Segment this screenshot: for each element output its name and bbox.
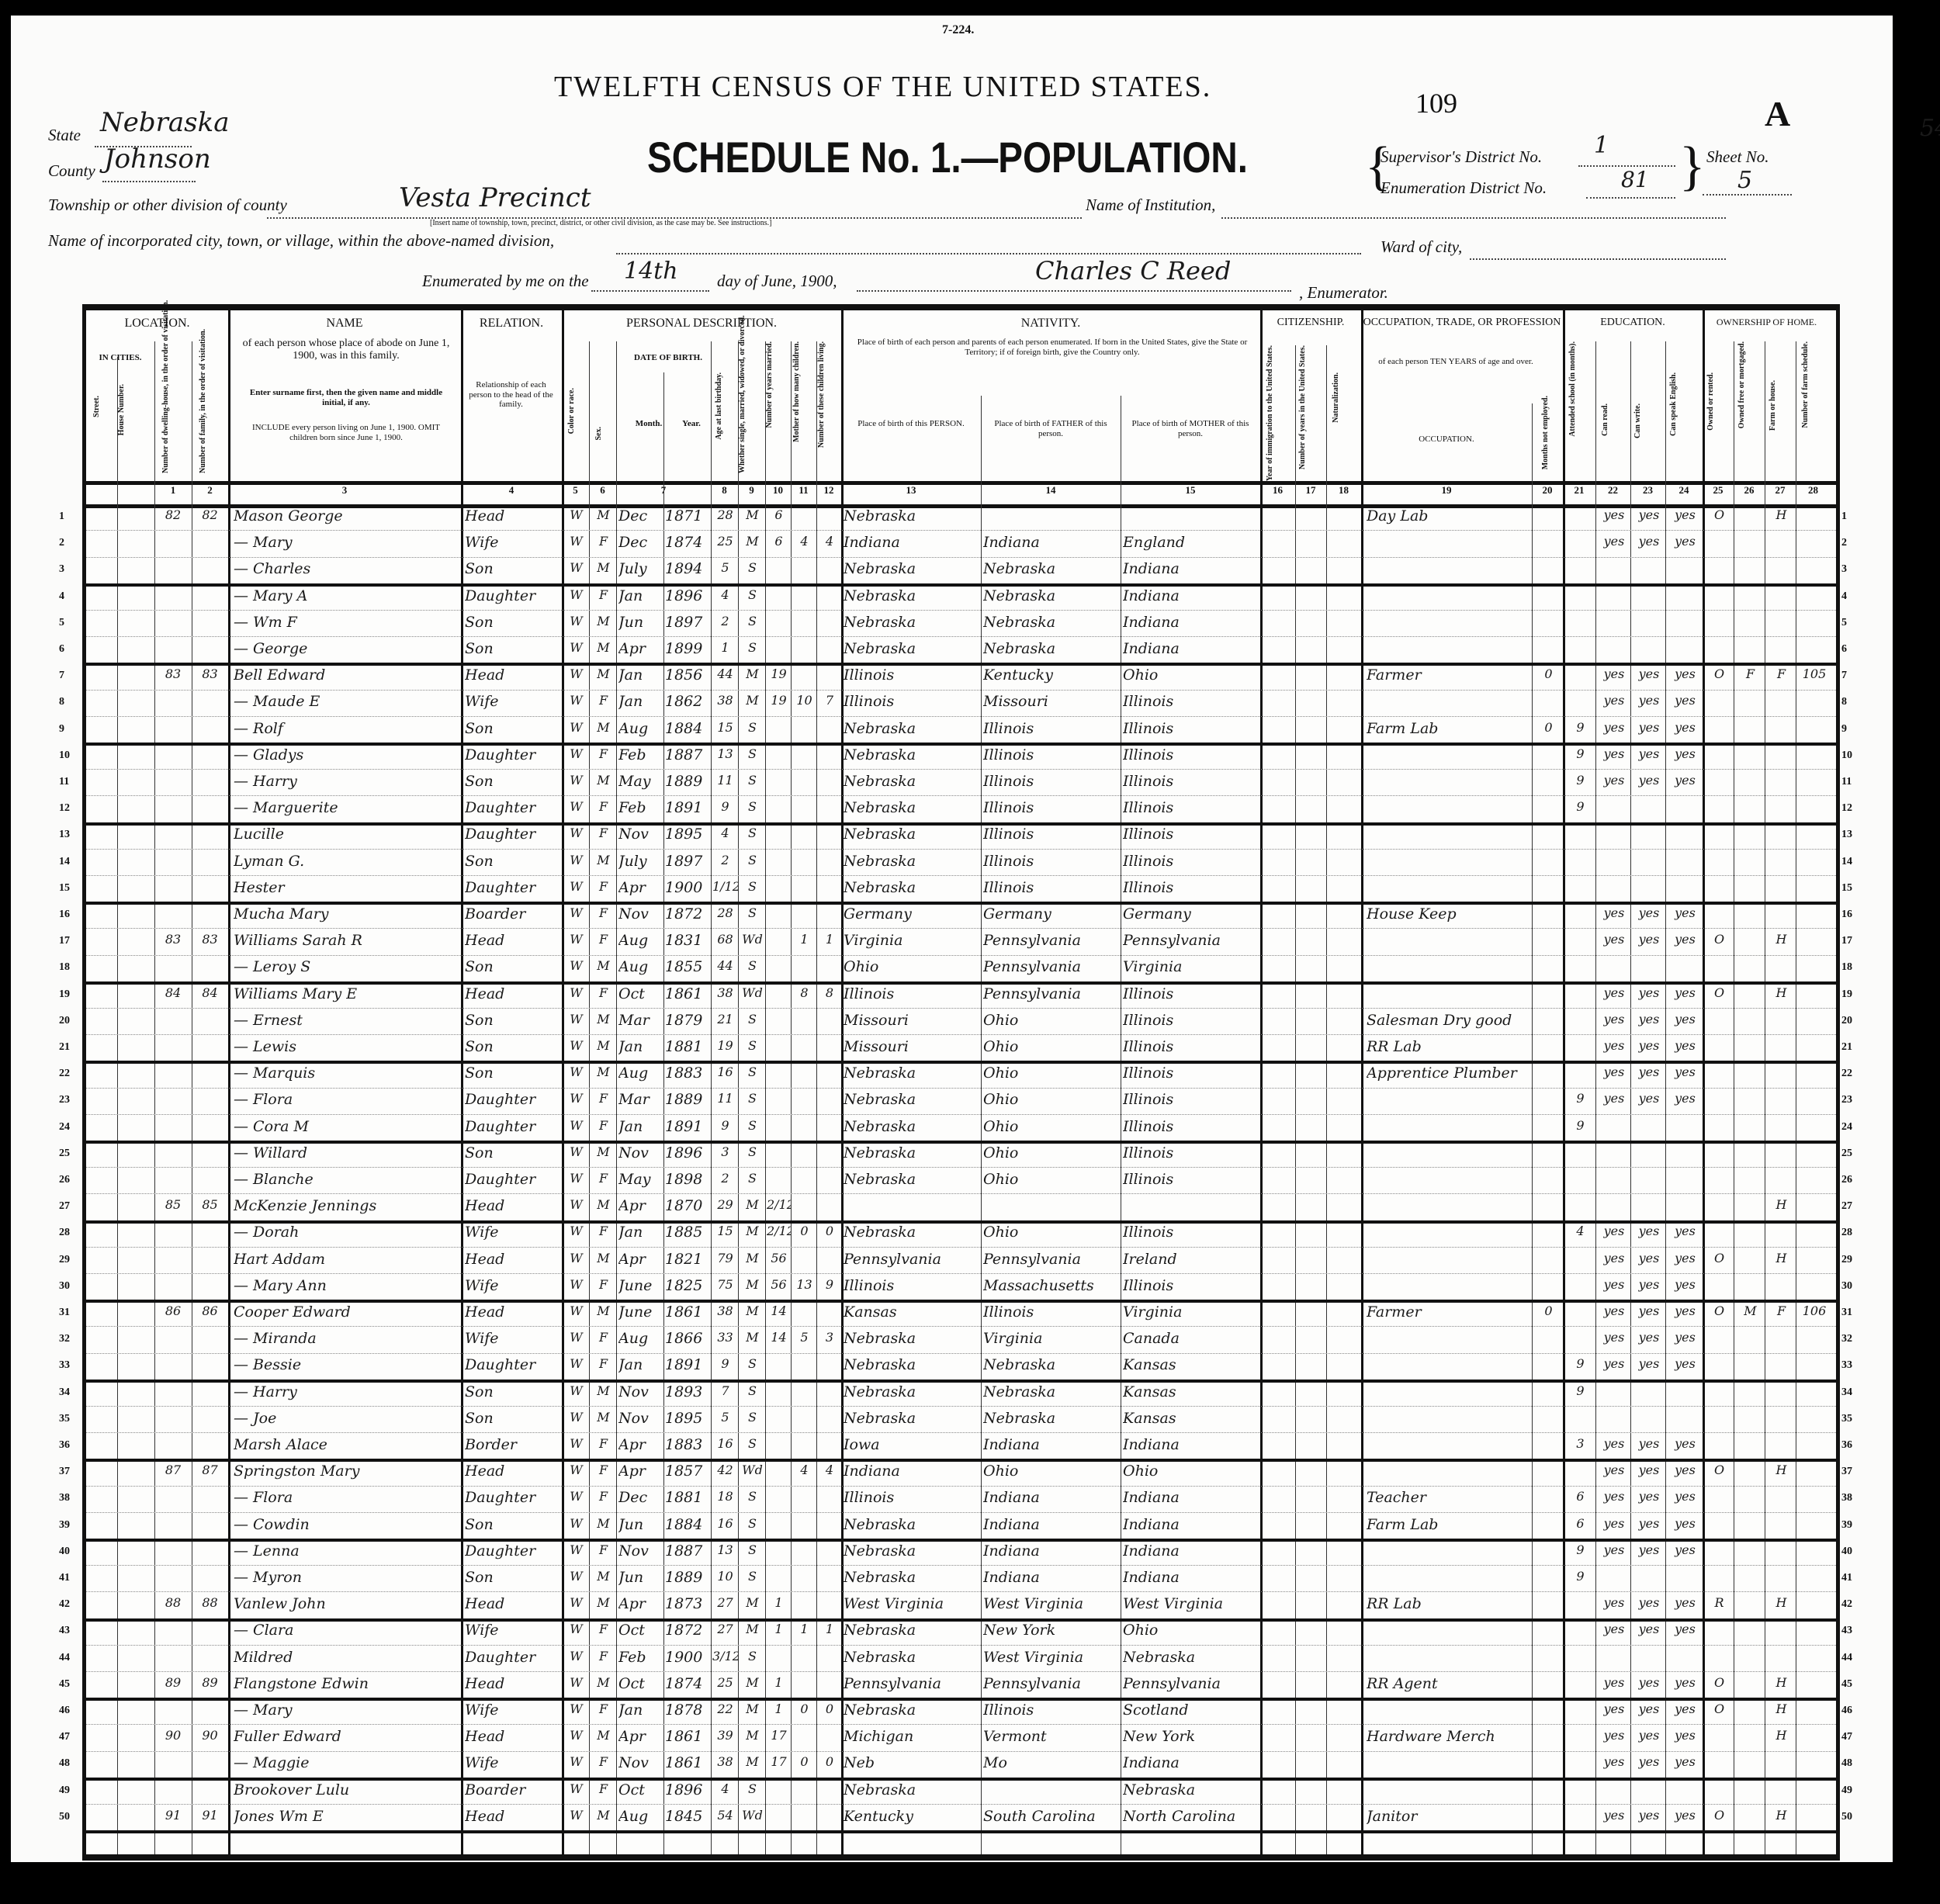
cell-sex: F: [591, 799, 616, 814]
table-row: 99— RolfSonWMAug188415SNebraskaIllinoisI…: [86, 717, 1836, 746]
table-row: 2222— MarquisSonWMAug188316SNebraskaOhio…: [86, 1061, 1836, 1088]
line-number: 10: [59, 749, 70, 762]
cell-age: 9: [712, 1356, 738, 1371]
cell-write: yes: [1633, 1012, 1665, 1026]
table-row: 4949Brookover LuluBoarderWFOct18964SNebr…: [86, 1778, 1836, 1805]
cell-bp: Illinois: [844, 693, 981, 710]
cell-bp: Nebraska: [844, 826, 981, 843]
vheader-family: Number of family, in the order of visita…: [199, 341, 207, 473]
cell-age: 39: [712, 1728, 738, 1743]
cell-sex: F: [591, 985, 616, 1000]
township-label: Township or other division of county: [48, 196, 287, 215]
cell-bm: New York: [1123, 1728, 1260, 1745]
cell-own: O: [1705, 666, 1734, 681]
cell-mar: M: [740, 534, 765, 549]
cell-ym: 56: [767, 1277, 791, 1292]
cell-eng: yes: [1668, 985, 1703, 1000]
cell-sex: M: [591, 614, 616, 628]
cell-fs: 105: [1798, 666, 1831, 681]
line-number-right: 6: [1841, 643, 1847, 656]
cell-eng: yes: [1668, 1675, 1703, 1690]
cell-ym: 14: [767, 1330, 791, 1345]
cell-mar: S: [740, 1436, 765, 1451]
enumerated-day: 14th: [624, 258, 678, 285]
line-number: 11: [59, 776, 69, 788]
cell-sex: M: [591, 507, 616, 522]
cell-bf: Illinois: [983, 1303, 1121, 1321]
cell-color: W: [563, 534, 589, 549]
cell-color: W: [563, 1012, 589, 1026]
header-ownership: OWNERSHIP OF HOME.: [1703, 317, 1831, 328]
cell-eng: yes: [1668, 905, 1703, 920]
cell-month: June: [618, 1277, 663, 1294]
cell-moc: 0: [792, 1701, 816, 1716]
cell-moc: 0: [792, 1754, 816, 1769]
cell-bf: Indiana: [983, 1516, 1121, 1533]
cell-rel: Son: [465, 1065, 562, 1082]
cell-year: 1883: [665, 1436, 711, 1453]
cell-rel: Head: [465, 507, 562, 524]
cell-occ: Day Lab: [1367, 507, 1532, 524]
cell-mar: M: [740, 1701, 765, 1716]
line-number-right: 7: [1841, 670, 1847, 682]
cell-name: — Cowdin: [234, 1516, 461, 1533]
header-dob: DATE OF BIRTH.: [625, 353, 711, 363]
cell-read: yes: [1598, 1595, 1630, 1610]
table-row: 1010— GladysDaughterWFFeb188713SNebraska…: [86, 743, 1836, 770]
line-number-right: 23: [1841, 1094, 1852, 1106]
line-number-right: 1: [1841, 511, 1847, 523]
cell-read: yes: [1598, 1356, 1630, 1371]
cell-mar: S: [740, 1569, 765, 1584]
cell-sex: F: [591, 1781, 616, 1796]
cell-name: Cooper Edward: [234, 1303, 461, 1321]
cell-read: yes: [1598, 1012, 1630, 1026]
cell-bf: Nebraska: [983, 640, 1121, 657]
cell-eng: yes: [1668, 1012, 1703, 1026]
line-number-right: 18: [1841, 961, 1852, 974]
cell-own: O: [1705, 507, 1734, 522]
cell-mar: M: [740, 1754, 765, 1769]
cell-write: yes: [1633, 905, 1665, 920]
cell-bf: Nebraska: [983, 1356, 1121, 1373]
cell-write: yes: [1633, 1330, 1665, 1345]
cell-fh: H: [1767, 1728, 1796, 1743]
cell-bm: Nebraska: [1123, 1781, 1260, 1798]
cell-write: yes: [1633, 1595, 1665, 1610]
cell-sex: M: [591, 1728, 616, 1743]
cell-age: 15: [712, 1224, 738, 1238]
line-number: 32: [59, 1333, 70, 1345]
cell-mar: M: [740, 507, 765, 522]
township-instruction: [Insert name of township, town, precinct…: [430, 219, 771, 227]
cell-age: 9: [712, 799, 738, 814]
cell-dw: 82: [154, 507, 192, 522]
cell-bm: Indiana: [1123, 560, 1260, 577]
cell-bp: Kansas: [844, 1303, 981, 1321]
line-number-right: 21: [1841, 1041, 1852, 1054]
cell-sch: 9: [1565, 1383, 1595, 1398]
table-row: 118282Mason GeorgeHeadWMDec187128M6Nebra…: [86, 504, 1836, 531]
line-number-right: 45: [1841, 1678, 1852, 1691]
cell-rel: Head: [465, 1595, 562, 1612]
line-number-right: 4: [1841, 590, 1847, 603]
cell-name: — Marguerite: [234, 799, 461, 816]
cell-read: yes: [1598, 1754, 1630, 1769]
cell-mu: 0: [1534, 666, 1563, 681]
line-number: 29: [59, 1254, 70, 1266]
line-number-right: 41: [1841, 1572, 1852, 1584]
cell-color: W: [563, 1622, 589, 1636]
table-row: 3333— BessieDaughterWFJan18919SNebraskaN…: [86, 1353, 1836, 1382]
cell-year: 1899: [665, 640, 711, 657]
line-number-right: 17: [1841, 935, 1852, 947]
cell-mar: S: [740, 1516, 765, 1531]
cell-name: Hart Addam: [234, 1251, 461, 1268]
cell-occ: RR Lab: [1367, 1038, 1532, 1055]
vheader-age: Age at last birthday.: [715, 372, 723, 440]
cell-eng: yes: [1668, 1356, 1703, 1371]
line-number: 9: [59, 723, 64, 736]
cell-ym: 2/12: [767, 1197, 791, 1212]
cell-eng: yes: [1668, 666, 1703, 681]
cell-mar: S: [740, 1781, 765, 1796]
cell-rel: Son: [465, 1569, 562, 1586]
cell-bp: Pennsylvania: [844, 1675, 981, 1692]
cell-name: Lyman G.: [234, 853, 461, 870]
cell-age: 44: [712, 666, 738, 681]
cell-color: W: [563, 879, 589, 894]
cell-cl: 1: [818, 1622, 841, 1636]
table-row: 4444MildredDaughterWFFeb19003/12SNebrask…: [86, 1646, 1836, 1672]
line-number: 26: [59, 1174, 70, 1186]
header-birth-father: Place of birth of FATHER of this person.: [981, 419, 1121, 438]
cell-month: Aug: [618, 958, 663, 975]
cell-bm: Kansas: [1123, 1356, 1260, 1373]
line-number-right: 26: [1841, 1174, 1852, 1186]
line-number-right: 16: [1841, 909, 1852, 921]
cell-rel: Wife: [465, 1224, 562, 1241]
cell-moc: 1: [792, 1622, 816, 1636]
cell-year: 1896: [665, 587, 711, 604]
cell-color: W: [563, 1754, 589, 1769]
cell-sex: F: [591, 1542, 616, 1557]
cell-color: W: [563, 826, 589, 840]
vheader-street: Street.: [92, 396, 101, 417]
line-number: 1: [59, 511, 64, 523]
vheader-school: Attended school (in months).: [1568, 341, 1577, 437]
cell-ym: 2/12: [767, 1224, 791, 1238]
vheader-farm-house: Farm or house.: [1769, 380, 1777, 431]
cell-name: — Bessie: [234, 1356, 461, 1373]
cell-mar: M: [740, 1224, 765, 1238]
cell-bp: Nebraska: [844, 853, 981, 870]
cell-color: W: [563, 640, 589, 655]
cell-read: yes: [1598, 720, 1630, 735]
header-citizenship: CITIZENSHIP.: [1260, 317, 1361, 329]
cell-mar: S: [740, 826, 765, 840]
cell-dw: 85: [154, 1197, 192, 1212]
cell-bp: Nebraska: [844, 799, 981, 816]
cell-bm: Illinois: [1123, 879, 1260, 896]
line-number: 20: [59, 1015, 70, 1027]
cell-read: yes: [1598, 1330, 1630, 1345]
cell-age: 38: [712, 985, 738, 1000]
cell-bp: Illinois: [844, 1277, 981, 1294]
table-header: LOCATION. IN CITIES. NAME of each person…: [86, 310, 1836, 485]
cell-name: — Harry: [234, 773, 461, 790]
cell-occ: Salesman Dry good: [1367, 1012, 1532, 1029]
cell-month: Feb: [618, 1649, 663, 1666]
table-row: 2929Hart AddamHeadWMApr182179M56Pennsylv…: [86, 1248, 1836, 1274]
cell-year: 1900: [665, 879, 711, 896]
table-row: 2626— BlancheDaughterWFMay18982SNebraska…: [86, 1168, 1836, 1194]
cell-mar: S: [740, 1012, 765, 1026]
cell-color: W: [563, 1065, 589, 1079]
cell-write: yes: [1633, 1224, 1665, 1238]
header-name: NAME: [228, 317, 461, 331]
cell-mar: S: [740, 1144, 765, 1159]
cell-bm: Indiana: [1123, 1542, 1260, 1560]
cell-write: yes: [1633, 932, 1665, 947]
cell-mar: S: [740, 560, 765, 575]
cell-age: 4: [712, 587, 738, 602]
cell-bp: Nebraska: [844, 1065, 981, 1082]
line-number-right: 5: [1841, 617, 1847, 629]
cell-color: W: [563, 587, 589, 602]
cell-sex: F: [591, 932, 616, 947]
cell-sex: F: [591, 746, 616, 761]
cell-month: Nov: [618, 1383, 663, 1400]
cell-sex: F: [591, 1489, 616, 1504]
cell-bp: Pennsylvania: [844, 1251, 981, 1268]
cell-bp: Nebraska: [844, 720, 981, 737]
cell-bf: Illinois: [983, 853, 1121, 870]
cell-year: 1872: [665, 1622, 711, 1639]
cell-eng: yes: [1668, 773, 1703, 788]
cell-write: yes: [1633, 1463, 1665, 1477]
cell-bp: Nebraska: [844, 1410, 981, 1427]
cell-year: 1821: [665, 1251, 711, 1268]
cell-name: Vanlew John: [234, 1595, 461, 1612]
cell-year: 1861: [665, 1754, 711, 1771]
cell-month: Apr: [618, 1436, 663, 1453]
state-value: Nebraska: [100, 107, 229, 138]
schedule-title: SCHEDULE No. 1.—POPULATION.: [647, 132, 1248, 182]
cell-ym: 1: [767, 1675, 791, 1690]
line-number-right: 46: [1841, 1705, 1852, 1717]
cell-month: Feb: [618, 799, 663, 816]
cell-bp: Nebraska: [844, 879, 981, 896]
cell-month: Aug: [618, 720, 663, 737]
cell-bf: Pennsylvania: [983, 932, 1121, 949]
table-row: 55— Wm FSonWMJun18972SNebraskaNebraskaIn…: [86, 611, 1836, 637]
table-row: 2424— Cora MDaughterWFJan18919SNebraskaO…: [86, 1115, 1836, 1144]
cell-sex: M: [591, 666, 616, 681]
cell-bf: Pennsylvania: [983, 1251, 1121, 1268]
cell-month: Dec: [618, 507, 663, 524]
cell-bp: Nebraska: [844, 1569, 981, 1586]
cell-fam: 85: [192, 1197, 228, 1212]
line-number: 6: [59, 643, 64, 656]
cell-mar: S: [740, 1091, 765, 1106]
table-row: 1212— MargueriteDaughterWFFeb18919SNebra…: [86, 796, 1836, 825]
cell-name: — Flora: [234, 1091, 461, 1108]
line-number: 16: [59, 909, 70, 921]
cell-age: 79: [712, 1251, 738, 1265]
line-number-right: 2: [1841, 537, 1847, 549]
cell-year: 1895: [665, 1410, 711, 1427]
cell-fam: 88: [192, 1595, 228, 1610]
cell-read: yes: [1598, 1728, 1630, 1743]
cell-fh: H: [1767, 1808, 1796, 1823]
cell-own: O: [1705, 932, 1734, 947]
cell-eng: yes: [1668, 1091, 1703, 1106]
cell-year: 1866: [665, 1330, 711, 1347]
cell-write: yes: [1633, 1091, 1665, 1106]
cell-eng: yes: [1668, 1038, 1703, 1053]
cell-dw: 88: [154, 1595, 192, 1610]
line-number: 35: [59, 1413, 70, 1425]
cell-age: 22: [712, 1701, 738, 1716]
cell-mar: S: [740, 1118, 765, 1133]
cell-sex: M: [591, 1808, 616, 1823]
cell-sex: M: [591, 560, 616, 575]
cell-dw: 90: [154, 1728, 192, 1743]
cell-color: W: [563, 1728, 589, 1743]
line-number-right: 44: [1841, 1652, 1852, 1664]
cell-bm: Kansas: [1123, 1383, 1260, 1400]
cell-read: yes: [1598, 1542, 1630, 1557]
cell-sex: F: [591, 693, 616, 708]
cell-eng: yes: [1668, 1754, 1703, 1769]
cell-bp: Nebraska: [844, 773, 981, 790]
cell-bf: Ohio: [983, 1171, 1121, 1188]
cell-bf: Ohio: [983, 1118, 1121, 1135]
ward-label: Ward of city,: [1381, 237, 1462, 257]
cell-cl: 7: [818, 693, 841, 708]
cell-name: Marsh Alace: [234, 1436, 461, 1453]
cell-year: 1861: [665, 985, 711, 1002]
cell-read: yes: [1598, 773, 1630, 788]
cell-age: 2: [712, 614, 738, 628]
cell-color: W: [563, 1330, 589, 1345]
cell-write: yes: [1633, 1251, 1665, 1265]
cell-bf: Ohio: [983, 1144, 1121, 1161]
cell-sex: M: [591, 640, 616, 655]
cell-ym: 17: [767, 1754, 791, 1769]
cell-fh: H: [1767, 507, 1796, 522]
cell-age: 75: [712, 1277, 738, 1292]
cell-fam: 87: [192, 1463, 228, 1477]
cell-year: 1870: [665, 1197, 711, 1214]
cell-fh: H: [1767, 1251, 1796, 1265]
cell-read: yes: [1598, 1516, 1630, 1531]
table-row: 3535— JoeSonWMNov18955SNebraskaNebraskaK…: [86, 1407, 1836, 1433]
cell-age: 25: [712, 534, 738, 549]
cell-bm: Illinois: [1123, 1224, 1260, 1241]
line-number-right: 10: [1841, 749, 1852, 762]
table-row: 1616Mucha MaryBoarderWFNov187228SGermany…: [86, 902, 1836, 929]
line-number-right: 19: [1841, 988, 1852, 1001]
cell-bp: Michigan: [844, 1728, 981, 1745]
cell-bp: Nebraska: [844, 1224, 981, 1241]
cell-ym: 19: [767, 693, 791, 708]
vheader-sex: Sex.: [594, 427, 603, 441]
cell-moc: 10: [792, 693, 816, 708]
cell-moc: 0: [792, 1224, 816, 1238]
cell-bf: West Virginia: [983, 1649, 1121, 1666]
table-row: 3636Marsh AlaceBorderWFApr188316SIowaInd…: [86, 1433, 1836, 1462]
cell-eng: yes: [1668, 1542, 1703, 1557]
cell-color: W: [563, 1436, 589, 1451]
cell-bf: Kentucky: [983, 666, 1121, 684]
vheader-children-living: Number of these children living.: [817, 341, 826, 448]
cell-year: 1878: [665, 1701, 711, 1719]
table-row: 42428888Vanlew JohnHeadWMApr187327M1West…: [86, 1592, 1836, 1621]
cell-color: W: [563, 1463, 589, 1477]
cell-mar: M: [740, 1595, 765, 1610]
cell-year: 1894: [665, 560, 711, 577]
cell-occ: Janitor: [1367, 1808, 1532, 1825]
header-year: Year.: [672, 419, 711, 429]
cell-year: 1895: [665, 826, 711, 843]
header-birth-person: Place of birth of this PERSON.: [841, 419, 981, 429]
cell-name: — Mary: [234, 1701, 461, 1719]
line-number: 34: [59, 1386, 70, 1399]
cell-write: yes: [1633, 1038, 1665, 1053]
cell-mar: S: [740, 614, 765, 628]
cell-color: W: [563, 1383, 589, 1398]
cell-age: 16: [712, 1436, 738, 1451]
line-number-right: 14: [1841, 856, 1852, 868]
cell-month: Mar: [618, 1012, 663, 1029]
line-number: 14: [59, 856, 70, 868]
census-sheet: 7-224. TWELFTH CENSUS OF THE UNITED STAT…: [11, 16, 1893, 1862]
line-number: 24: [59, 1121, 70, 1134]
cell-year: 1891: [665, 799, 711, 816]
cell-bm: Indiana: [1123, 587, 1260, 604]
line-number: 48: [59, 1757, 70, 1770]
cell-ym: 1: [767, 1595, 791, 1610]
cell-year: 1861: [665, 1728, 711, 1745]
cell-moc: 13: [792, 1277, 816, 1292]
cell-write: yes: [1633, 1065, 1665, 1079]
cell-rel: Daughter: [465, 1356, 562, 1373]
cell-read: yes: [1598, 1277, 1630, 1292]
cell-age: 15: [712, 720, 738, 735]
cell-bf: Illinois: [983, 826, 1121, 843]
cell-mar: S: [740, 1356, 765, 1371]
cell-age: 3: [712, 1144, 738, 1159]
cell-age: 9: [712, 1118, 738, 1133]
cell-mar: S: [740, 1171, 765, 1186]
cell-bf: Illinois: [983, 720, 1121, 737]
cell-bp: Nebraska: [844, 1091, 981, 1108]
cell-bf: Illinois: [983, 1701, 1121, 1719]
line-number: 36: [59, 1439, 70, 1452]
table-row: 88— Maude EWifeWFJan186238M19107Illinois…: [86, 690, 1836, 716]
cell-dw: 87: [154, 1463, 192, 1477]
cell-year: 1879: [665, 1012, 711, 1029]
cell-sch: 9: [1565, 720, 1595, 735]
cell-bm: Illinois: [1123, 985, 1260, 1002]
cell-age: 44: [712, 958, 738, 973]
cell-rel: Wife: [465, 534, 562, 551]
line-number: 49: [59, 1785, 70, 1797]
cell-rel: Son: [465, 614, 562, 631]
line-number: 30: [59, 1280, 70, 1293]
